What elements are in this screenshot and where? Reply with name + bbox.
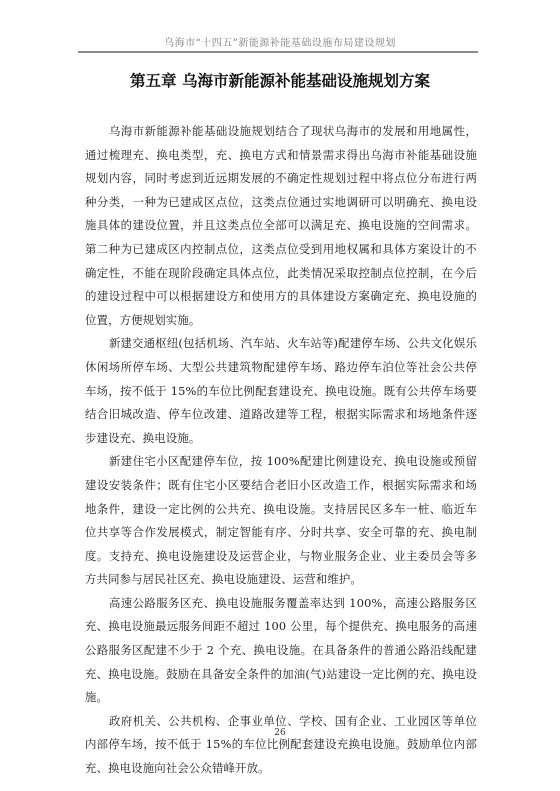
body-text: 乌海市新能源补能基础设施规划结合了现状乌海市的发展和用地属性，通过梳理充、换电类…: [85, 120, 477, 781]
chapter-title: 第五章 乌海市新能源补能基础设施规划方案: [60, 71, 500, 91]
paragraph-planning-overview: 乌海市新能源补能基础设施规划结合了现状乌海市的发展和用地属性，通过梳理充、换电类…: [85, 120, 477, 332]
paragraph-residential: 新建住宅小区配建停车位，按 100%配建比例建设充、换电设施或预留建设安装条件；…: [85, 450, 477, 592]
header-divider: [78, 51, 478, 53]
paragraph-transport-hubs: 新建交通枢纽(包括机场、汽车站、火车站等)配建停车场、公共文化娱乐休闲场所停车场…: [85, 332, 477, 450]
page-number: 26: [0, 727, 560, 739]
paragraph-public-institutions: 政府机关、公共机构、企事业单位、学校、国有企业、工业园区等单位内部停车场，按不低…: [85, 710, 477, 781]
running-header: 乌海市“十四五”新能源补能基础设施布局建设规划: [83, 38, 477, 50]
paragraph-highway-service-areas: 高速公路服务区充、换电设施服务覆盖率达到 100%，高速公路服务区充、换电设施最…: [85, 592, 477, 710]
document-page: 乌海市“十四五”新能源补能基础设施布局建设规划 第五章 乌海市新能源补能基础设施…: [0, 0, 560, 791]
